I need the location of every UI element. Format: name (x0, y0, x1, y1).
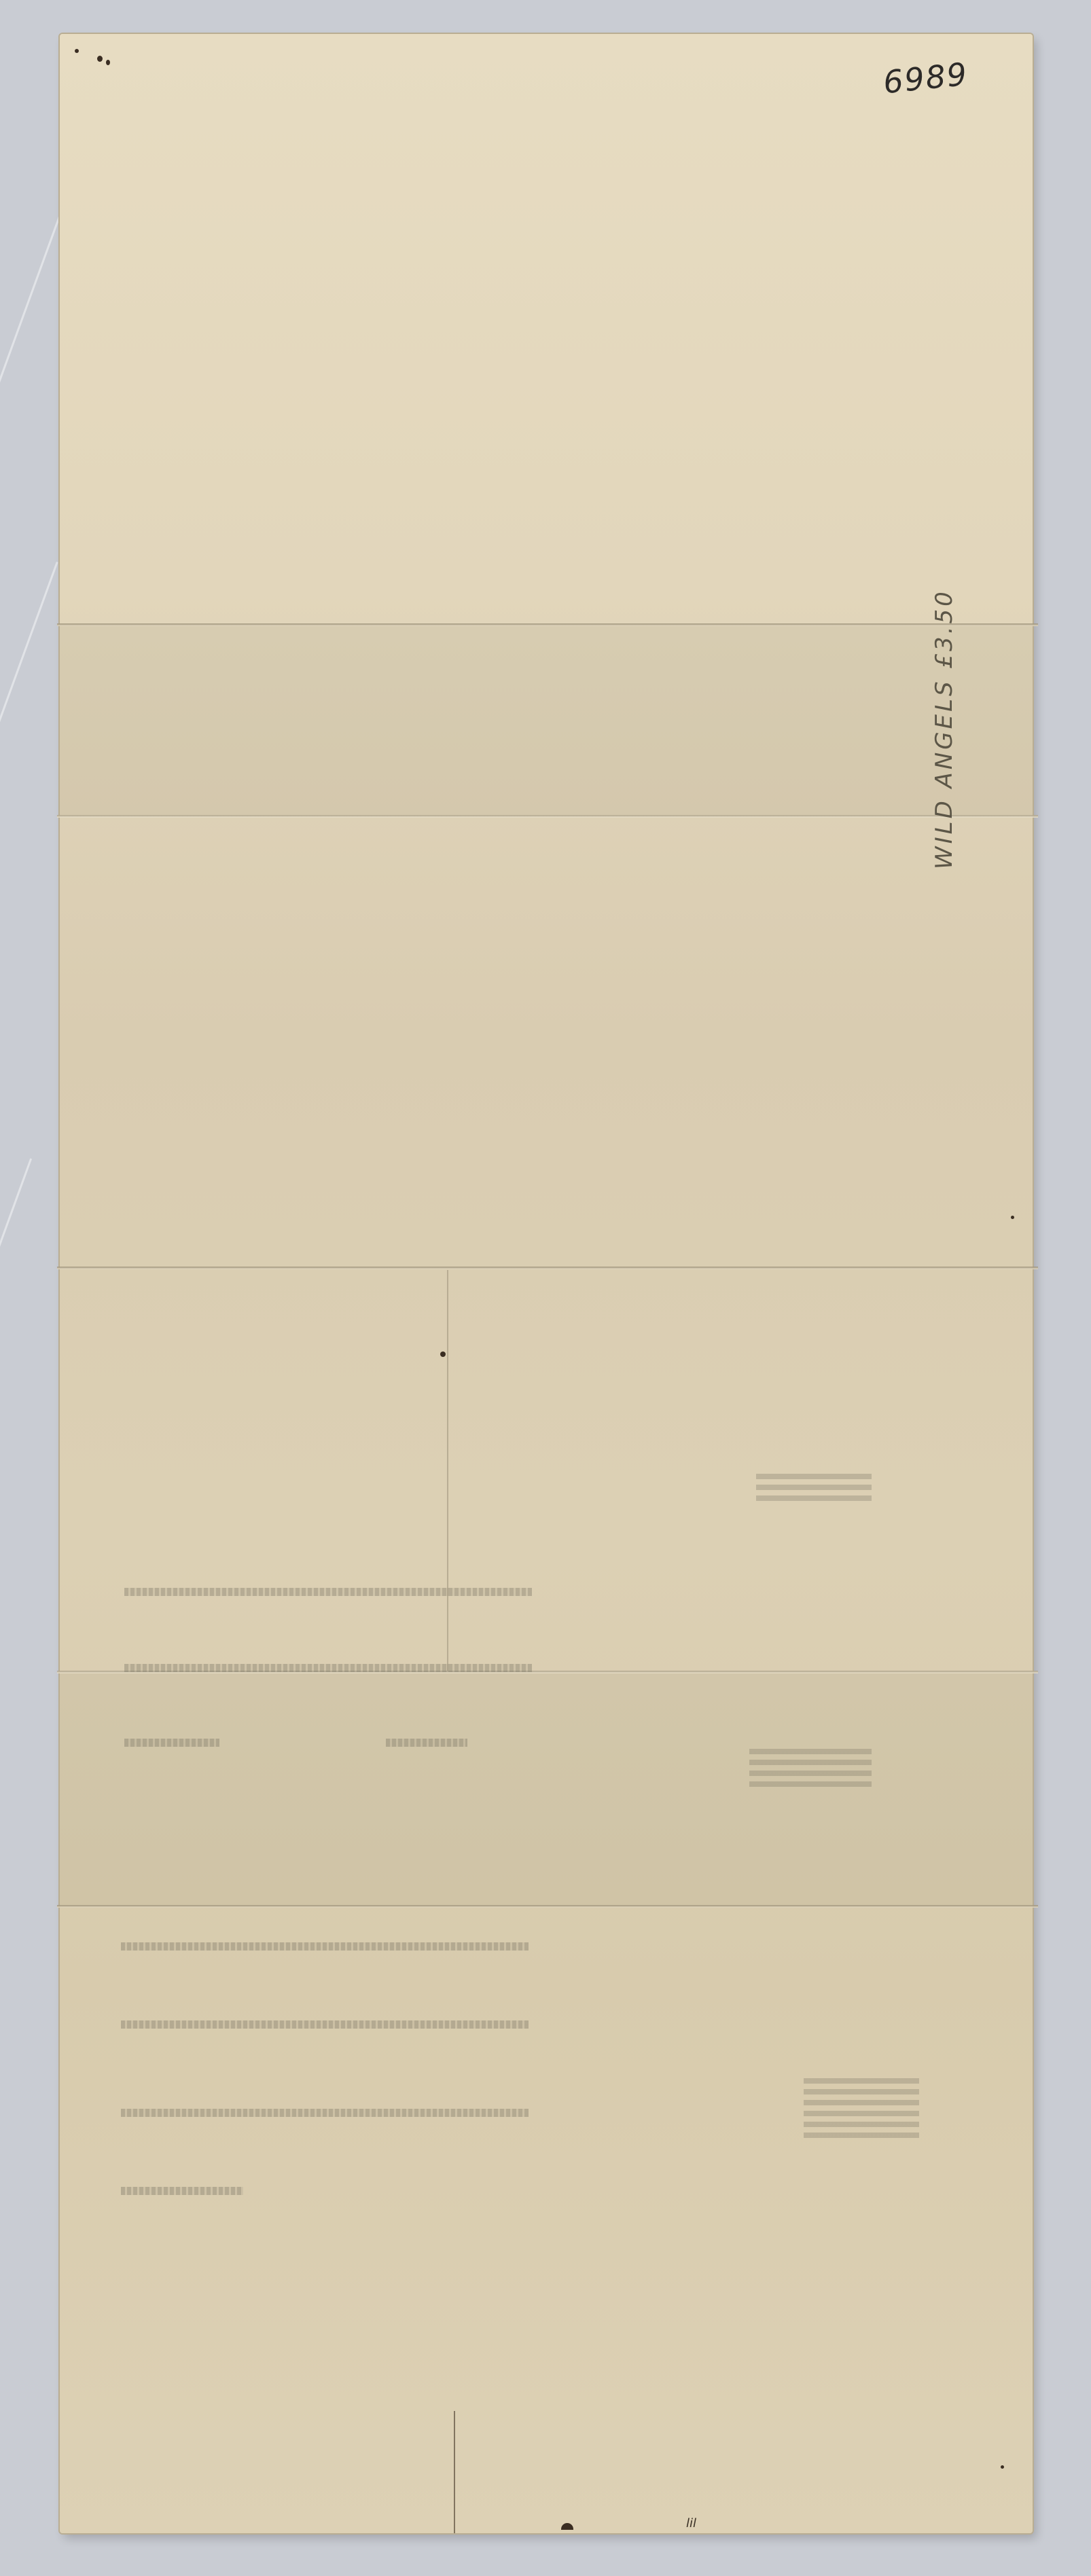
show-through-text (121, 2109, 529, 2117)
show-through-text (749, 1749, 872, 1790)
fold-line (57, 815, 1038, 818)
panel-shade (60, 1671, 1033, 1905)
show-through-text (121, 2020, 529, 2029)
fold-line (57, 623, 1038, 626)
panel-shade (60, 623, 1033, 815)
show-through-text (124, 1739, 219, 1747)
show-through-text (804, 2078, 919, 2139)
poster-paper (60, 34, 1033, 2533)
show-through-text (124, 1664, 532, 1672)
bottom-mark: lil (686, 2516, 696, 2530)
tear (454, 2411, 455, 2533)
show-through-text (386, 1739, 467, 1747)
show-through-text (121, 2187, 243, 2195)
show-through-text (121, 1942, 529, 1951)
show-through-text (124, 1588, 532, 1596)
fold-line (57, 1267, 1038, 1269)
show-through-text (756, 1474, 872, 1501)
vertical-crease (447, 1270, 448, 1671)
handwritten-note: WILD ANGELS £3.50 (931, 589, 958, 869)
fold-line (57, 1905, 1038, 1908)
